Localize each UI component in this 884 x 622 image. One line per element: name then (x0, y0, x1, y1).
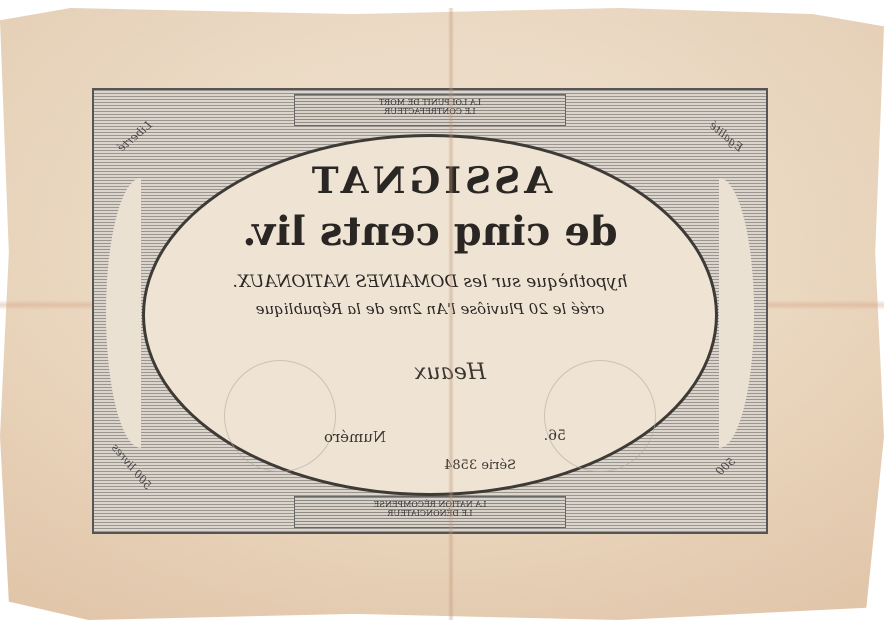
vertical-fold (448, 8, 454, 620)
mortgage-line: hypothèque sur les DOMAINES NATIONAUX. (94, 272, 766, 292)
title: ASSIGNAT (94, 160, 766, 202)
bottom-warning-box: LA NATION RÉCOMPENSE LE DÉNONCIATEUR (294, 496, 566, 528)
creation-date-line: créé le 20 Pluviôse l'An 2me de la Répub… (94, 300, 766, 318)
numero-label: Numéro (324, 428, 386, 446)
note-text: ASSIGNAT de cinq cents liv. hypothèque s… (94, 90, 766, 532)
serie: Série 3584 (444, 458, 516, 473)
bottom-box-line-1: LA NATION RÉCOMPENSE (295, 500, 565, 509)
assignat-note: LA LOI PUNIT DE MORT LE CONTREFACTEUR Eg… (92, 88, 768, 534)
numero-value: 56. (544, 428, 566, 444)
denomination: de cinq cents liv. (94, 208, 766, 255)
bottom-box-line-2: LE DÉNONCIATEUR (295, 509, 565, 518)
